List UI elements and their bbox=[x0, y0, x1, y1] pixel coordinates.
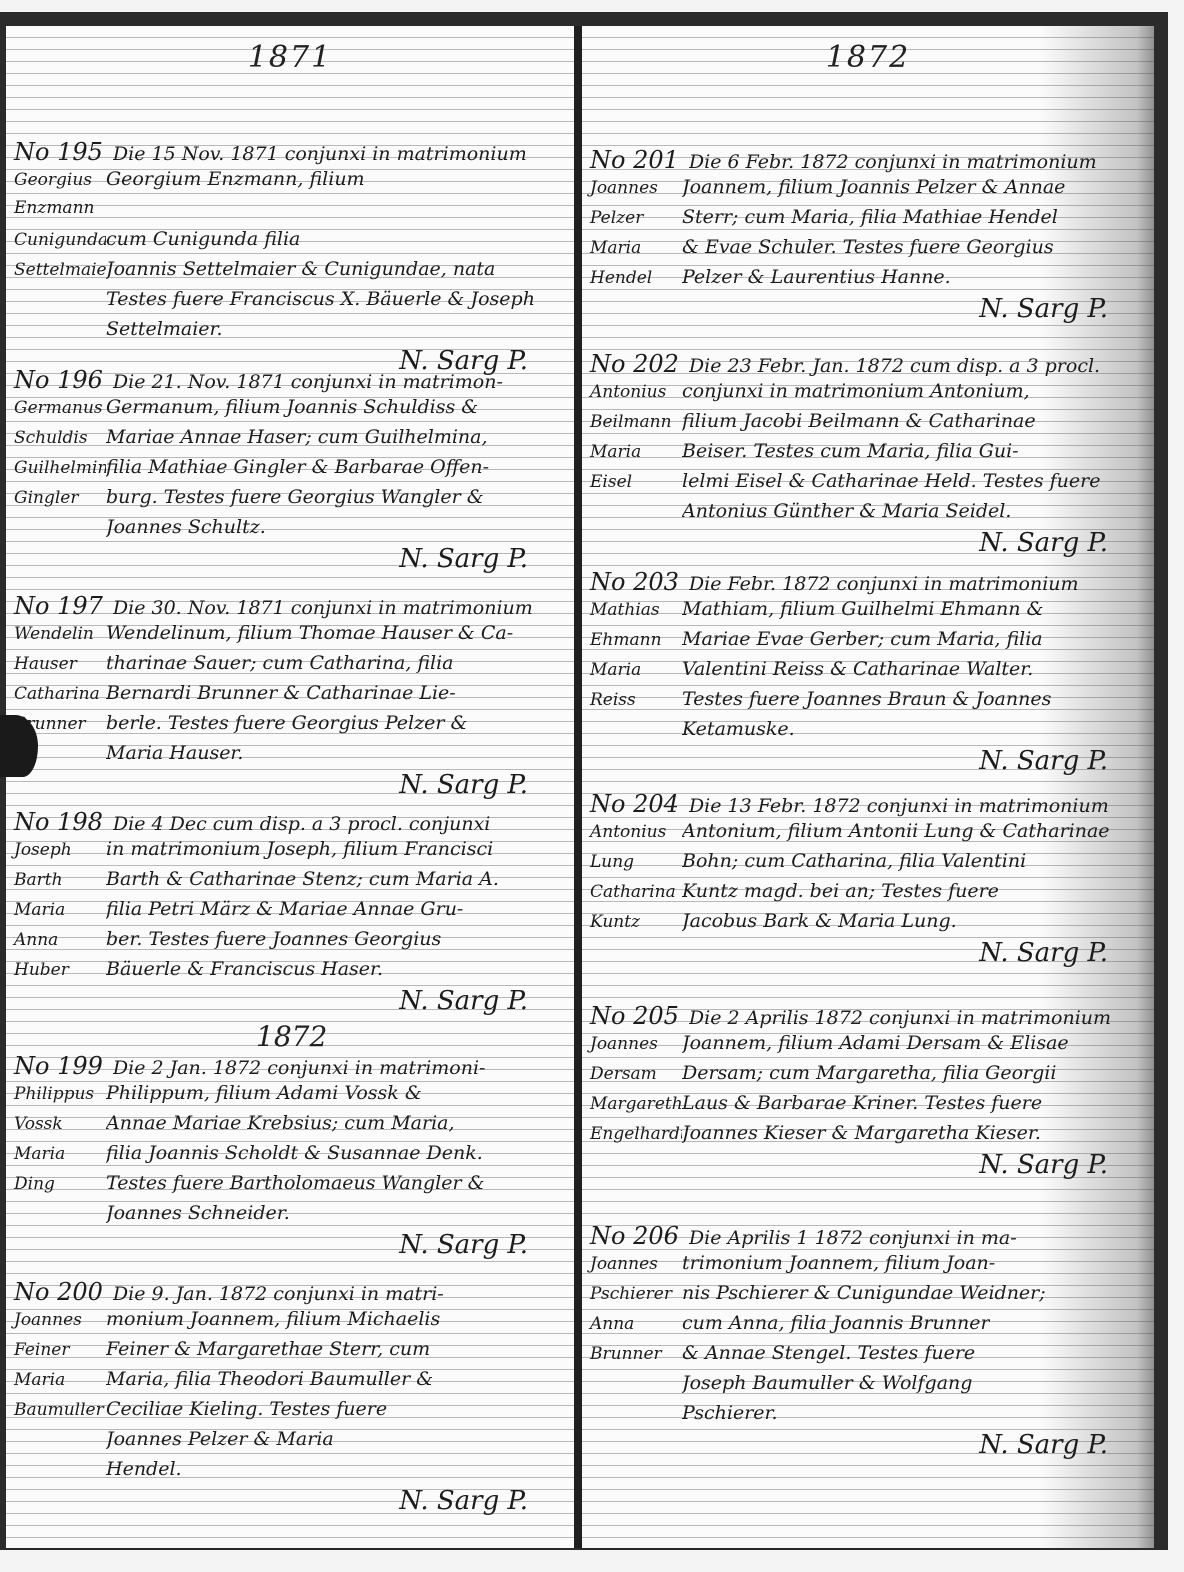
entry-line: No 199Die 2 Jan. 1872 conjunxi in matrim… bbox=[6, 1052, 574, 1082]
margin-name: Ding bbox=[6, 1174, 106, 1194]
register-entry: No 206Die Aprilis 1 1872 conjunxi in ma-… bbox=[582, 1222, 1154, 1432]
margin-name: Pschierer bbox=[582, 1284, 682, 1304]
entry-line: Enzmann bbox=[6, 198, 574, 228]
entry-text: Philippum, filium Adami Vossk & bbox=[106, 1082, 422, 1104]
entry-text: Die 9. Jan. 1872 conjunxi in matri- bbox=[113, 1283, 444, 1305]
entry-text: nis Pschierer & Cunigundae Weidner; bbox=[682, 1282, 1046, 1304]
entry-line: Annaber. Testes fuere Joannes Georgius bbox=[6, 928, 574, 958]
register-entry: No 202Die 23 Febr. Jan. 1872 cum disp. a… bbox=[582, 350, 1154, 530]
entry-number: No 197 bbox=[6, 592, 103, 620]
entry-text: Pelzer & Laurentius Hanne. bbox=[682, 266, 951, 288]
entry-text: tharinae Sauer; cum Catharina, filia bbox=[106, 652, 454, 674]
register-entry: No 200Die 9. Jan. 1872 conjunxi in matri… bbox=[6, 1278, 574, 1488]
entry-text: Die 4 Dec cum disp. a 3 procl. conjunxi bbox=[113, 813, 491, 835]
entry-text: Ceciliae Kieling. Testes fuere bbox=[106, 1398, 387, 1420]
entry-number: No 199 bbox=[6, 1052, 103, 1080]
entry-text: Antonius Günther & Maria Seidel. bbox=[682, 500, 1011, 522]
margin-name: Reiss bbox=[582, 690, 682, 710]
entry-line: PhilippusPhilippum, filium Adami Vossk & bbox=[6, 1082, 574, 1112]
entry-line: Joseph Baumuller & Wolfgang bbox=[582, 1372, 1154, 1402]
entry-text: filium Jacobi Beilmann & Catharinae bbox=[682, 410, 1036, 432]
entry-text: Die Aprilis 1 1872 conjunxi in ma- bbox=[689, 1227, 1017, 1249]
entry-line: Pschierernis Pschierer & Cunigundae Weid… bbox=[582, 1282, 1154, 1312]
margin-name: Cunigunda bbox=[6, 230, 106, 250]
entry-line: EhmannMariae Evae Gerber; cum Maria, fil… bbox=[582, 628, 1154, 658]
entry-text: Antonium, filium Antonii Lung & Catharin… bbox=[682, 820, 1110, 842]
register-entry: No 197Die 30. Nov. 1871 conjunxi in matr… bbox=[6, 592, 574, 772]
entry-text: cum Cunigunda filia bbox=[106, 228, 300, 250]
margin-name: Maria bbox=[6, 1370, 106, 1390]
entry-text: lelmi Eisel & Catharinae Held. Testes fu… bbox=[682, 470, 1100, 492]
entry-number: No 204 bbox=[582, 790, 679, 818]
priest-signature: N. Sarg P. bbox=[979, 1430, 1108, 1460]
entry-line: JoannesJoannem, filium Adami Dersam & El… bbox=[582, 1032, 1154, 1062]
entry-text: Beiser. Testes cum Maria, filia Gui- bbox=[682, 440, 1019, 462]
entry-line: Cunigundacum Cunigunda filia bbox=[6, 228, 574, 258]
entry-line: KuntzJacobus Bark & Maria Lung. bbox=[582, 910, 1154, 940]
entry-line: Eisellelmi Eisel & Catharinae Held. Test… bbox=[582, 470, 1154, 500]
entry-line: WendelinWendelinum, filium Thomae Hauser… bbox=[6, 622, 574, 652]
entry-line: No 204Die 13 Febr. 1872 conjunxi in matr… bbox=[582, 790, 1154, 820]
entry-number: No 205 bbox=[582, 1002, 679, 1030]
entry-line: No 197Die 30. Nov. 1871 conjunxi in matr… bbox=[6, 592, 574, 622]
margin-name: Anna bbox=[6, 930, 106, 950]
margin-name: Mathias bbox=[582, 600, 682, 620]
margin-name: Baumuller bbox=[6, 1400, 106, 1420]
priest-signature: N. Sarg P. bbox=[979, 746, 1108, 776]
entry-text: Hendel. bbox=[106, 1458, 182, 1480]
entry-line: MargarethaLaus & Barbarae Kriner. Testes… bbox=[582, 1092, 1154, 1122]
entry-line: Joannes Pelzer & Maria bbox=[6, 1428, 574, 1458]
entry-text: Wendelinum, filium Thomae Hauser & Ca- bbox=[106, 622, 513, 644]
register-entry: No 198Die 4 Dec cum disp. a 3 procl. con… bbox=[6, 808, 574, 988]
year-heading-1872: 1872 bbox=[582, 40, 1154, 75]
entry-line: Pschierer. bbox=[582, 1402, 1154, 1432]
margin-name: Gingler bbox=[6, 488, 106, 508]
entry-line: MathiasMathiam, filium Guilhelmi Ehmann … bbox=[582, 598, 1154, 628]
entry-text: Joannes Kieser & Margaretha Kieser. bbox=[682, 1122, 1041, 1144]
entry-text: Pschierer. bbox=[682, 1402, 778, 1424]
entry-line: Settelmaier. bbox=[6, 318, 574, 348]
entry-line: DingTestes fuere Bartholomaeus Wangler & bbox=[6, 1172, 574, 1202]
entry-line: No 196Die 21. Nov. 1871 conjunxi in matr… bbox=[6, 366, 574, 396]
entry-line: No 206Die Aprilis 1 1872 conjunxi in ma- bbox=[582, 1222, 1154, 1252]
entry-number: No 202 bbox=[582, 350, 679, 378]
priest-signature: N. Sarg P. bbox=[979, 938, 1108, 968]
register-entry: No 203Die Febr. 1872 conjunxi in matrimo… bbox=[582, 568, 1154, 748]
priest-signature: N. Sarg P. bbox=[399, 986, 528, 1016]
entry-line: PelzerSterr; cum Maria, filia Mathiae He… bbox=[582, 206, 1154, 236]
entry-line: No 195Die 15 Nov. 1871 conjunxi in matri… bbox=[6, 138, 574, 168]
entry-line: AntoniusAntonium, filium Antonii Lung & … bbox=[582, 820, 1154, 850]
entry-number: No 206 bbox=[582, 1222, 679, 1250]
margin-name: Anna bbox=[582, 1314, 682, 1334]
register-entry: No 199Die 2 Jan. 1872 conjunxi in matrim… bbox=[6, 1052, 574, 1232]
entry-text: berle. Testes fuere Georgius Pelzer & bbox=[106, 712, 467, 734]
entry-line: Antonius Günther & Maria Seidel. bbox=[582, 500, 1154, 530]
margin-name: Antonius bbox=[582, 382, 682, 402]
register-entry: No 204Die 13 Febr. 1872 conjunxi in matr… bbox=[582, 790, 1154, 940]
margin-name: Huber bbox=[6, 960, 106, 980]
entry-text: Joannes Pelzer & Maria bbox=[106, 1428, 334, 1450]
entry-text: Die 15 Nov. 1871 conjunxi in matrimonium bbox=[113, 143, 527, 165]
entry-text: Die 30. Nov. 1871 conjunxi in matrimoniu… bbox=[113, 597, 533, 619]
entry-text: Bernardi Brunner & Catharinae Lie- bbox=[106, 682, 456, 704]
register-entry: No 196Die 21. Nov. 1871 conjunxi in matr… bbox=[6, 366, 574, 546]
entry-line: Beilmannfilium Jacobi Beilmann & Cathari… bbox=[582, 410, 1154, 440]
page-gutter bbox=[574, 26, 582, 1548]
entry-text: Maria, filia Theodori Baumuller & bbox=[106, 1368, 433, 1390]
entry-line: Joannesmonium Joannem, filium Michaelis bbox=[6, 1308, 574, 1338]
margin-name: Catharina bbox=[582, 882, 682, 902]
priest-signature: N. Sarg P. bbox=[399, 1230, 528, 1260]
margin-name: Dersam bbox=[582, 1064, 682, 1084]
entry-text: Mathiam, filium Guilhelmi Ehmann & bbox=[682, 598, 1043, 620]
margin-name: Guilhelmina bbox=[6, 458, 106, 478]
entry-text: Die 2 Aprilis 1872 conjunxi in matrimoni… bbox=[689, 1007, 1111, 1029]
entry-text: Georgium Enzmann, filium bbox=[106, 168, 365, 190]
entry-text: Testes fuere Joannes Braun & Joannes bbox=[682, 688, 1051, 710]
entry-line: SettelmaierJoannis Settelmaier & Cunigun… bbox=[6, 258, 574, 288]
margin-name: Joseph bbox=[6, 840, 106, 860]
entry-text: Jacobus Bark & Maria Lung. bbox=[682, 910, 957, 932]
margin-name: Schuldis bbox=[6, 428, 106, 448]
entry-line: No 203Die Febr. 1872 conjunxi in matrimo… bbox=[582, 568, 1154, 598]
margin-name: Feiner bbox=[6, 1340, 106, 1360]
entry-text: Dersam; cum Margaretha, filia Georgii bbox=[682, 1062, 1056, 1084]
entry-text: Bäuerle & Franciscus Haser. bbox=[106, 958, 383, 980]
priest-signature: N. Sarg P. bbox=[399, 544, 528, 574]
right-register-page: 1872 No 201Die 6 Febr. 1872 conjunxi in … bbox=[582, 26, 1154, 1548]
entry-number: No 201 bbox=[582, 146, 679, 174]
entry-line: VosskAnnae Mariae Krebsius; cum Maria, bbox=[6, 1112, 574, 1142]
entry-line: GermanusGermanum, filium Joannis Schuldi… bbox=[6, 396, 574, 426]
entry-text: Joseph Baumuller & Wolfgang bbox=[682, 1372, 972, 1394]
entry-line: Ginglerburg. Testes fuere Georgius Wangl… bbox=[6, 486, 574, 516]
entry-text: Joannem, filium Adami Dersam & Elisae bbox=[682, 1032, 1069, 1054]
entry-text: Kuntz magd. bei an; Testes fuere bbox=[682, 880, 999, 902]
entry-line: Mariafilia Petri März & Mariae Annae Gru… bbox=[6, 898, 574, 928]
entry-line: Josephin matrimonium Joseph, filium Fran… bbox=[6, 838, 574, 868]
entry-text: Die 13 Febr. 1872 conjunxi in matrimoniu… bbox=[689, 795, 1109, 817]
entry-number: No 203 bbox=[582, 568, 679, 596]
entry-line: Joannes Schneider. bbox=[6, 1202, 574, 1232]
margin-name: Joannes bbox=[582, 1034, 682, 1054]
entry-text: Barth & Catharinae Stenz; cum Maria A. bbox=[106, 868, 499, 890]
priest-signature: N. Sarg P. bbox=[979, 528, 1108, 558]
margin-name: Georgius bbox=[6, 170, 106, 190]
entry-text: & Annae Stengel. Testes fuere bbox=[682, 1342, 975, 1364]
margin-name: Joannes bbox=[6, 1310, 106, 1330]
margin-name: Vossk bbox=[6, 1114, 106, 1134]
entry-line: MariaMaria, filia Theodori Baumuller & bbox=[6, 1368, 574, 1398]
entry-text: Laus & Barbarae Kriner. Testes fuere bbox=[682, 1092, 1042, 1114]
entry-line: ReissTestes fuere Joannes Braun & Joanne… bbox=[582, 688, 1154, 718]
entry-line: GeorgiusGeorgium Enzmann, filium bbox=[6, 168, 574, 198]
margin-name: Barth bbox=[6, 870, 106, 890]
entry-number: No 198 bbox=[6, 808, 103, 836]
margin-name: Hauser bbox=[6, 654, 106, 674]
entry-text: Joannis Settelmaier & Cunigundae, nata bbox=[106, 258, 495, 280]
entry-line: JoannesJoannem, filium Joannis Pelzer & … bbox=[582, 176, 1154, 206]
margin-name: Enzmann bbox=[6, 198, 106, 218]
priest-signature: N. Sarg P. bbox=[399, 770, 528, 800]
margin-name: Maria bbox=[582, 442, 682, 462]
entry-text: Bohn; cum Catharina, filia Valentini bbox=[682, 850, 1026, 872]
priest-signature: N. Sarg P. bbox=[979, 1150, 1108, 1180]
entry-line: BarthBarth & Catharinae Stenz; cum Maria… bbox=[6, 868, 574, 898]
entry-text: Feiner & Margarethae Sterr, cum bbox=[106, 1338, 430, 1360]
margin-name: Beilmann bbox=[582, 412, 682, 432]
entry-line: Hendel. bbox=[6, 1458, 574, 1488]
margin-name: Maria bbox=[6, 900, 106, 920]
entry-text: & Evae Schuler. Testes fuere Georgius bbox=[682, 236, 1054, 258]
entry-line: No 200Die 9. Jan. 1872 conjunxi in matri… bbox=[6, 1278, 574, 1308]
entry-text: in matrimonium Joseph, filium Francisci bbox=[106, 838, 493, 860]
margin-name: Catharina bbox=[6, 684, 106, 704]
margin-name: Settelmaier bbox=[6, 260, 106, 280]
entry-line: Hausertharinae Sauer; cum Catharina, fil… bbox=[6, 652, 574, 682]
entry-text: Sterr; cum Maria, filia Mathiae Hendel bbox=[682, 206, 1058, 228]
entry-line: Antoniusconjunxi in matrimonium Antonium… bbox=[582, 380, 1154, 410]
margin-name: Joannes bbox=[582, 178, 682, 198]
margin-name: Antonius bbox=[582, 822, 682, 842]
margin-name: Brunner bbox=[582, 1344, 682, 1364]
margin-name: Maria bbox=[582, 238, 682, 258]
margin-name: Engelhardt bbox=[582, 1124, 682, 1144]
entry-line: Mariafilia Joannis Scholdt & Susannae De… bbox=[6, 1142, 574, 1172]
entry-text: burg. Testes fuere Georgius Wangler & bbox=[106, 486, 484, 508]
entry-number: No 200 bbox=[6, 1278, 103, 1306]
entry-line: No 202Die 23 Febr. Jan. 1872 cum disp. a… bbox=[582, 350, 1154, 380]
entry-line: EngelhardtJoannes Kieser & Margaretha Ki… bbox=[582, 1122, 1154, 1152]
register-entry: No 201Die 6 Febr. 1872 conjunxi in matri… bbox=[582, 146, 1154, 296]
margin-name: Kuntz bbox=[582, 912, 682, 932]
entry-text: Die 23 Febr. Jan. 1872 cum disp. a 3 pro… bbox=[689, 355, 1100, 377]
year-heading-1872-left: 1872 bbox=[256, 1020, 327, 1053]
entry-text: Ketamuske. bbox=[682, 718, 795, 740]
entry-line: No 198Die 4 Dec cum disp. a 3 procl. con… bbox=[6, 808, 574, 838]
margin-name: Eisel bbox=[582, 472, 682, 492]
entry-line: Brunnerberle. Testes fuere Georgius Pelz… bbox=[6, 712, 574, 742]
entry-line: Guilhelminafilia Mathiae Gingler & Barba… bbox=[6, 456, 574, 486]
entry-line: Maria Hauser. bbox=[6, 742, 574, 772]
entry-line: BaumullerCeciliae Kieling. Testes fuere bbox=[6, 1398, 574, 1428]
entry-line: DersamDersam; cum Margaretha, filia Geor… bbox=[582, 1062, 1154, 1092]
entry-text: Maria Hauser. bbox=[106, 742, 243, 764]
entry-line: HuberBäuerle & Franciscus Haser. bbox=[6, 958, 574, 988]
margin-name: Philippus bbox=[6, 1084, 106, 1104]
entry-line: CatharinaKuntz magd. bei an; Testes fuer… bbox=[582, 880, 1154, 910]
entry-line: MariaValentini Reiss & Catharinae Walter… bbox=[582, 658, 1154, 688]
year-heading-1871: 1871 bbox=[6, 40, 574, 75]
margin-name: Joannes bbox=[582, 1254, 682, 1274]
entry-text: monium Joannem, filium Michaelis bbox=[106, 1308, 440, 1330]
entry-text: cum Anna, filia Joannis Brunner bbox=[682, 1312, 990, 1334]
entry-line: FeinerFeiner & Margarethae Sterr, cum bbox=[6, 1338, 574, 1368]
entry-text: Die 2 Jan. 1872 conjunxi in matrimoni- bbox=[113, 1057, 486, 1079]
entry-line: No 201Die 6 Febr. 1872 conjunxi in matri… bbox=[582, 146, 1154, 176]
entry-text: Mariae Evae Gerber; cum Maria, filia bbox=[682, 628, 1043, 650]
entry-text: ber. Testes fuere Joannes Georgius bbox=[106, 928, 441, 950]
margin-name: Germanus bbox=[6, 398, 106, 418]
priest-signature: N. Sarg P. bbox=[979, 294, 1108, 324]
margin-name: Maria bbox=[6, 1144, 106, 1164]
entry-text: Die 6 Febr. 1872 conjunxi in matrimonium bbox=[689, 151, 1097, 173]
entry-line: Annacum Anna, filia Joannis Brunner bbox=[582, 1312, 1154, 1342]
entry-line: LungBohn; cum Catharina, filia Valentini bbox=[582, 850, 1154, 880]
margin-name: Hendel bbox=[582, 268, 682, 288]
entry-text: Settelmaier. bbox=[106, 318, 223, 340]
entry-line: HendelPelzer & Laurentius Hanne. bbox=[582, 266, 1154, 296]
entry-text: Die Febr. 1872 conjunxi in matrimonium bbox=[689, 573, 1079, 595]
margin-name: Pelzer bbox=[582, 208, 682, 228]
priest-signature: N. Sarg P. bbox=[399, 1486, 528, 1516]
entry-line: No 205Die 2 Aprilis 1872 conjunxi in mat… bbox=[582, 1002, 1154, 1032]
entry-text: Testes fuere Franciscus X. Bäuerle & Jos… bbox=[106, 288, 535, 310]
entry-line: Brunner& Annae Stengel. Testes fuere bbox=[582, 1342, 1154, 1372]
entry-text: trimonium Joannem, filium Joan- bbox=[682, 1252, 995, 1274]
entry-line: SchuldisMariae Annae Haser; cum Guilhelm… bbox=[6, 426, 574, 456]
entry-number: No 195 bbox=[6, 138, 103, 166]
entry-line: Joannestrimonium Joannem, filium Joan- bbox=[582, 1252, 1154, 1282]
entry-text: Die 21. Nov. 1871 conjunxi in matrimon- bbox=[113, 371, 503, 393]
entry-text: filia Petri März & Mariae Annae Gru- bbox=[106, 898, 463, 920]
entry-line: Testes fuere Franciscus X. Bäuerle & Jos… bbox=[6, 288, 574, 318]
entry-text: Joannem, filium Joannis Pelzer & Annae bbox=[682, 176, 1065, 198]
entry-line: Maria& Evae Schuler. Testes fuere Georgi… bbox=[582, 236, 1154, 266]
entry-text: Joannes Schultz. bbox=[106, 516, 266, 538]
entry-text: Annae Mariae Krebsius; cum Maria, bbox=[106, 1112, 455, 1134]
entry-text: Germanum, filium Joannis Schuldiss & bbox=[106, 396, 478, 418]
margin-name: Ehmann bbox=[582, 630, 682, 650]
register-entry: No 205Die 2 Aprilis 1872 conjunxi in mat… bbox=[582, 1002, 1154, 1152]
entry-line: Joannes Schultz. bbox=[6, 516, 574, 546]
entry-text: filia Joannis Scholdt & Susannae Denk. bbox=[106, 1142, 483, 1164]
entry-text: Mariae Annae Haser; cum Guilhelmina, bbox=[106, 426, 488, 448]
entry-text: Valentini Reiss & Catharinae Walter. bbox=[682, 658, 1033, 680]
entry-text: filia Mathiae Gingler & Barbarae Offen- bbox=[106, 456, 489, 478]
entry-line: CatharinaBernardi Brunner & Catharinae L… bbox=[6, 682, 574, 712]
margin-name: Maria bbox=[582, 660, 682, 680]
entry-line: Ketamuske. bbox=[582, 718, 1154, 748]
register-entry: No 195Die 15 Nov. 1871 conjunxi in matri… bbox=[6, 138, 574, 348]
margin-name: Wendelin bbox=[6, 624, 106, 644]
entry-text: conjunxi in matrimonium Antonium, bbox=[682, 380, 1030, 402]
entry-text: Testes fuere Bartholomaeus Wangler & bbox=[106, 1172, 485, 1194]
left-register-page: 1871 No 195Die 15 Nov. 1871 conjunxi in … bbox=[6, 26, 574, 1548]
entry-line: MariaBeiser. Testes cum Maria, filia Gui… bbox=[582, 440, 1154, 470]
entry-number: No 196 bbox=[6, 366, 103, 394]
margin-name: Lung bbox=[582, 852, 682, 872]
margin-name: Margaretha bbox=[582, 1094, 682, 1114]
entry-text: Joannes Schneider. bbox=[106, 1202, 290, 1224]
